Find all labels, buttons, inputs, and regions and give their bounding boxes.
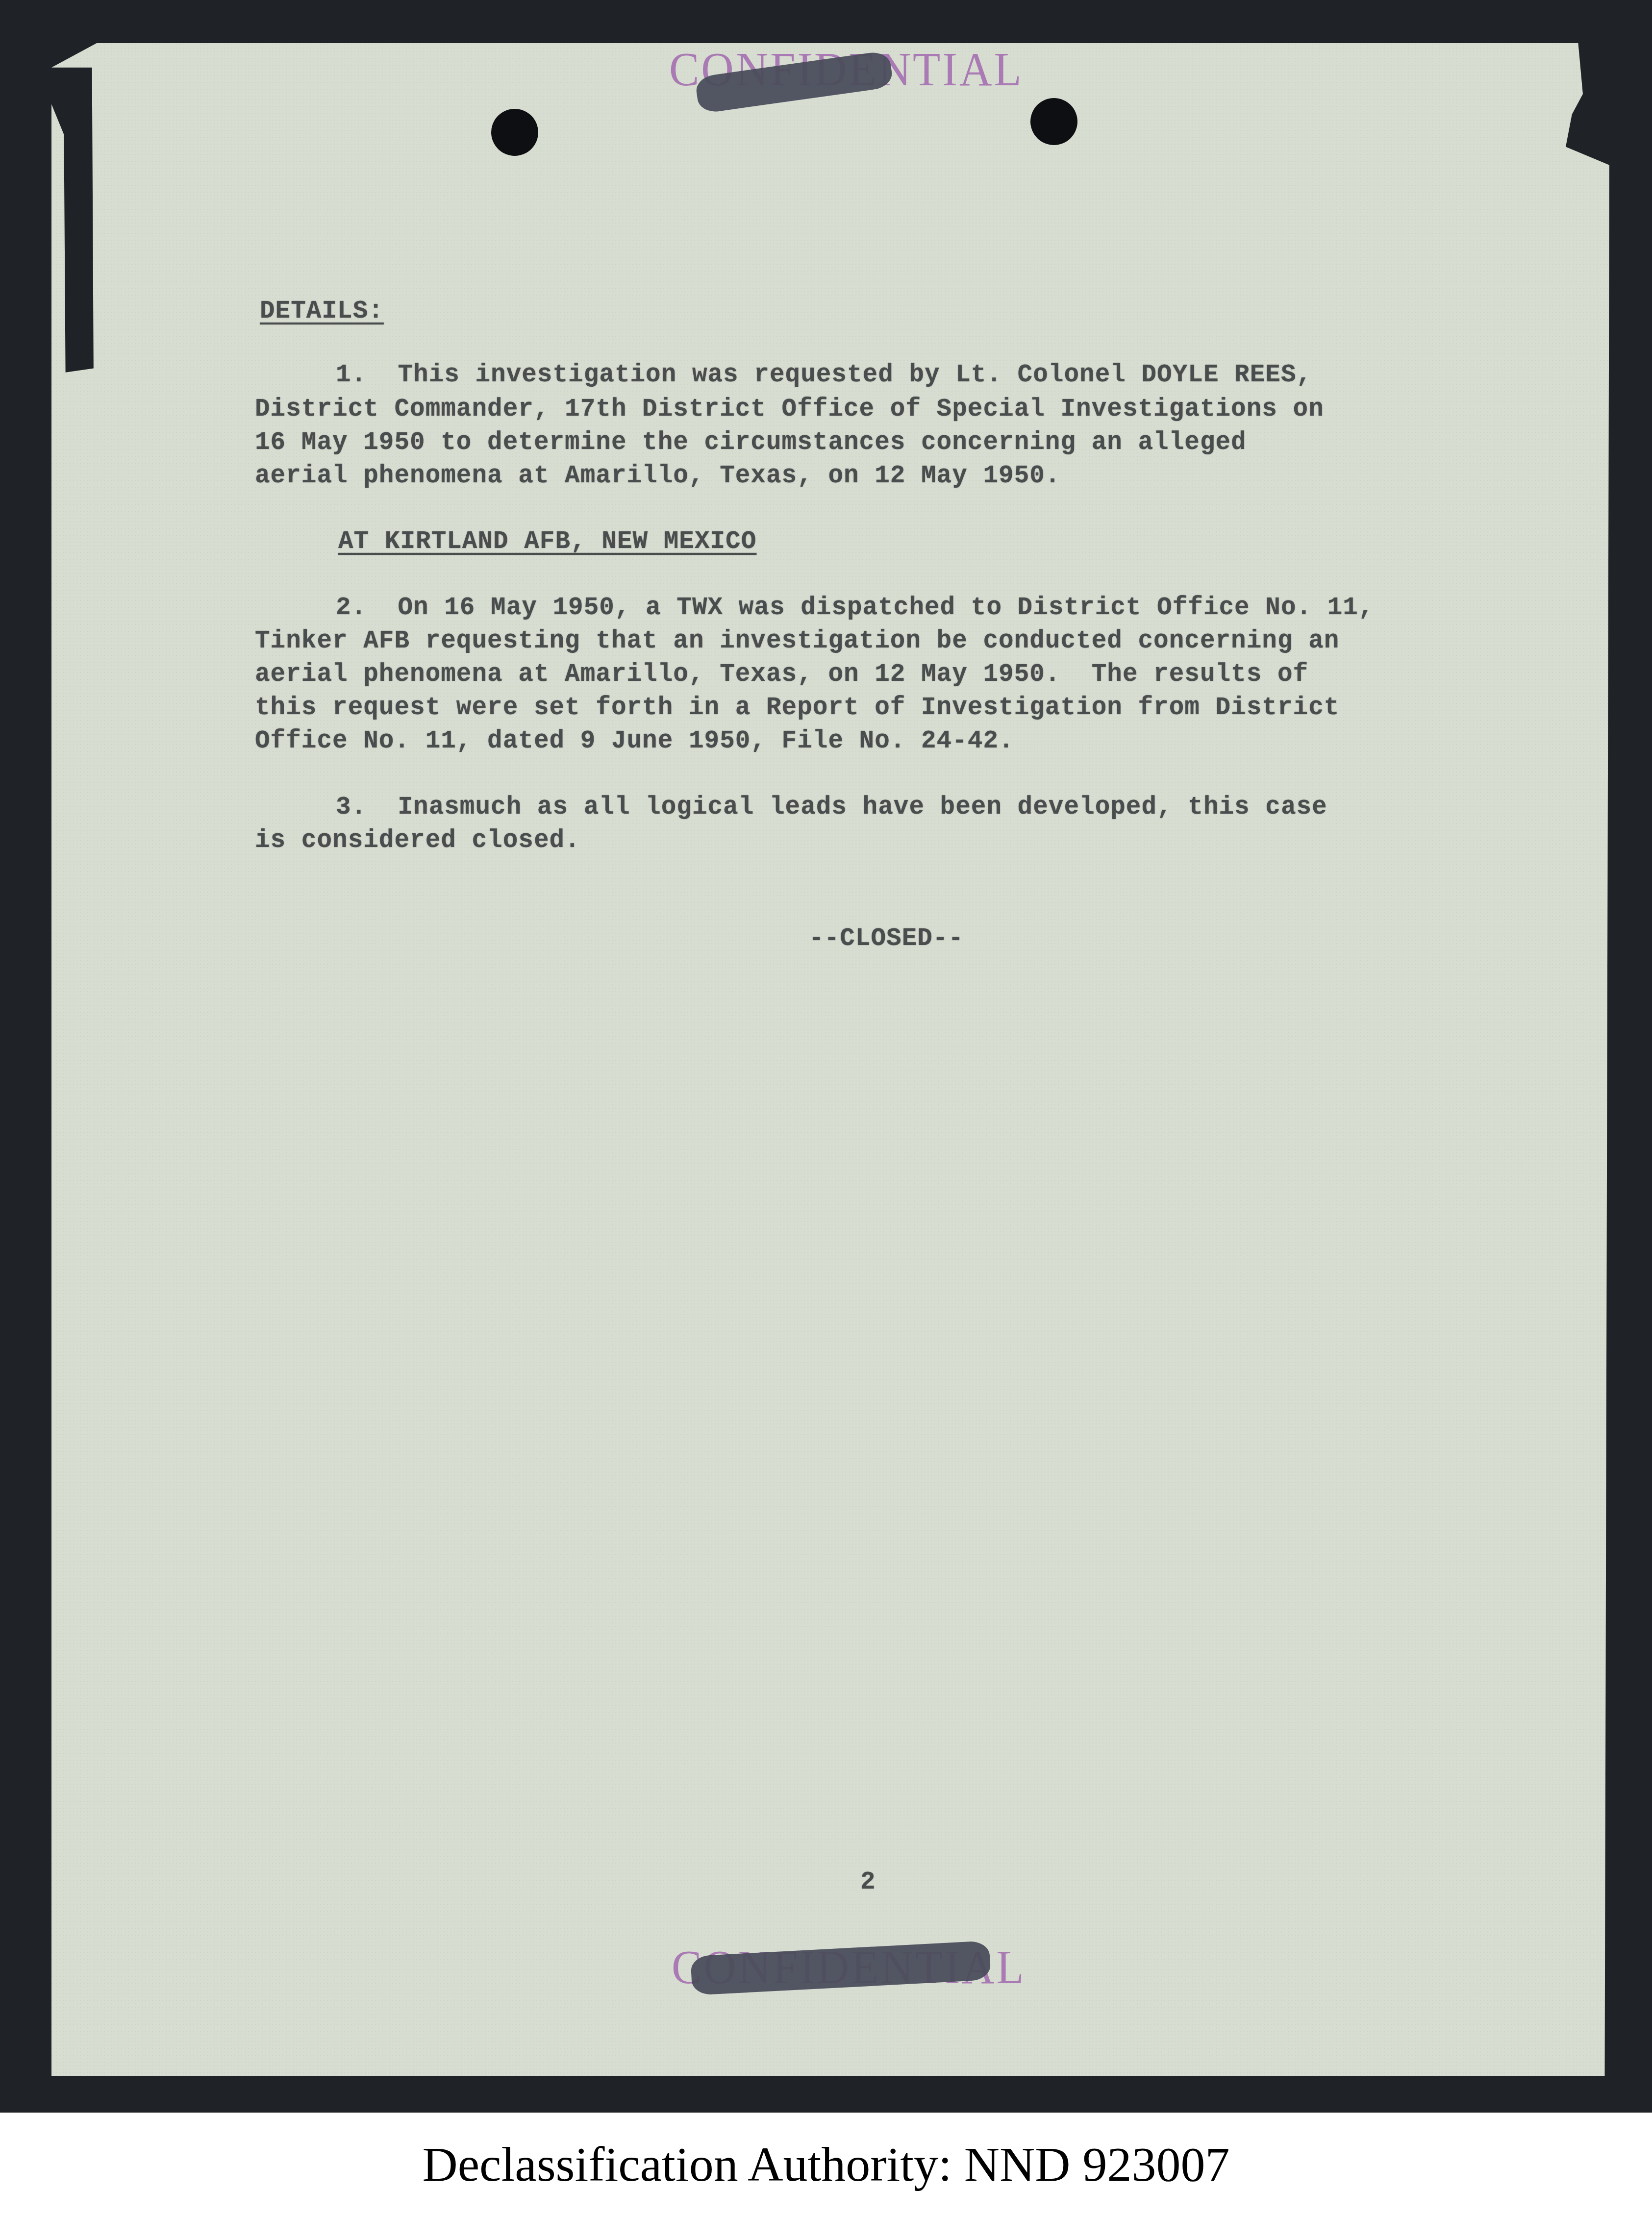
paragraph-3-line: is considered closed. xyxy=(255,826,580,856)
details-heading: DETAILS: xyxy=(260,297,384,327)
paragraph-2-line: Office No. 11, dated 9 June 1950, File N… xyxy=(255,726,1014,757)
paragraph-1-line: 16 May 1950 to determine the circumstanc… xyxy=(255,428,1247,458)
paragraph-2-line: Tinker AFB requesting that an investigat… xyxy=(255,626,1339,657)
paragraph-2-line: this request were set forth in a Report … xyxy=(255,693,1339,723)
punch-hole-right xyxy=(1030,98,1077,145)
paragraph-1-line: aerial phenomena at Amarillo, Texas, on … xyxy=(255,461,1060,492)
punch-hole-left xyxy=(491,109,538,156)
document-page xyxy=(51,43,1609,2076)
declassification-footer: Declassification Authority: NND 923007 xyxy=(0,2113,1652,2216)
closed-marker: --CLOSED-- xyxy=(809,924,964,954)
page-number: 2 xyxy=(860,1867,876,1898)
paragraph-2-line: 2. On 16 May 1950, a TWX was dispatched … xyxy=(260,593,1374,623)
paragraph-3-line: 3. Inasmuch as all logical leads have be… xyxy=(260,793,1327,823)
kirtland-subheading: AT KIRTLAND AFB, NEW MEXICO xyxy=(338,527,756,557)
paragraph-1-line: 1. This investigation was requested by L… xyxy=(260,360,1312,391)
paragraph-2-line: aerial phenomena at Amarillo, Texas, on … xyxy=(255,660,1308,690)
paragraph-1-line: District Commander, 17th District Office… xyxy=(255,395,1324,425)
